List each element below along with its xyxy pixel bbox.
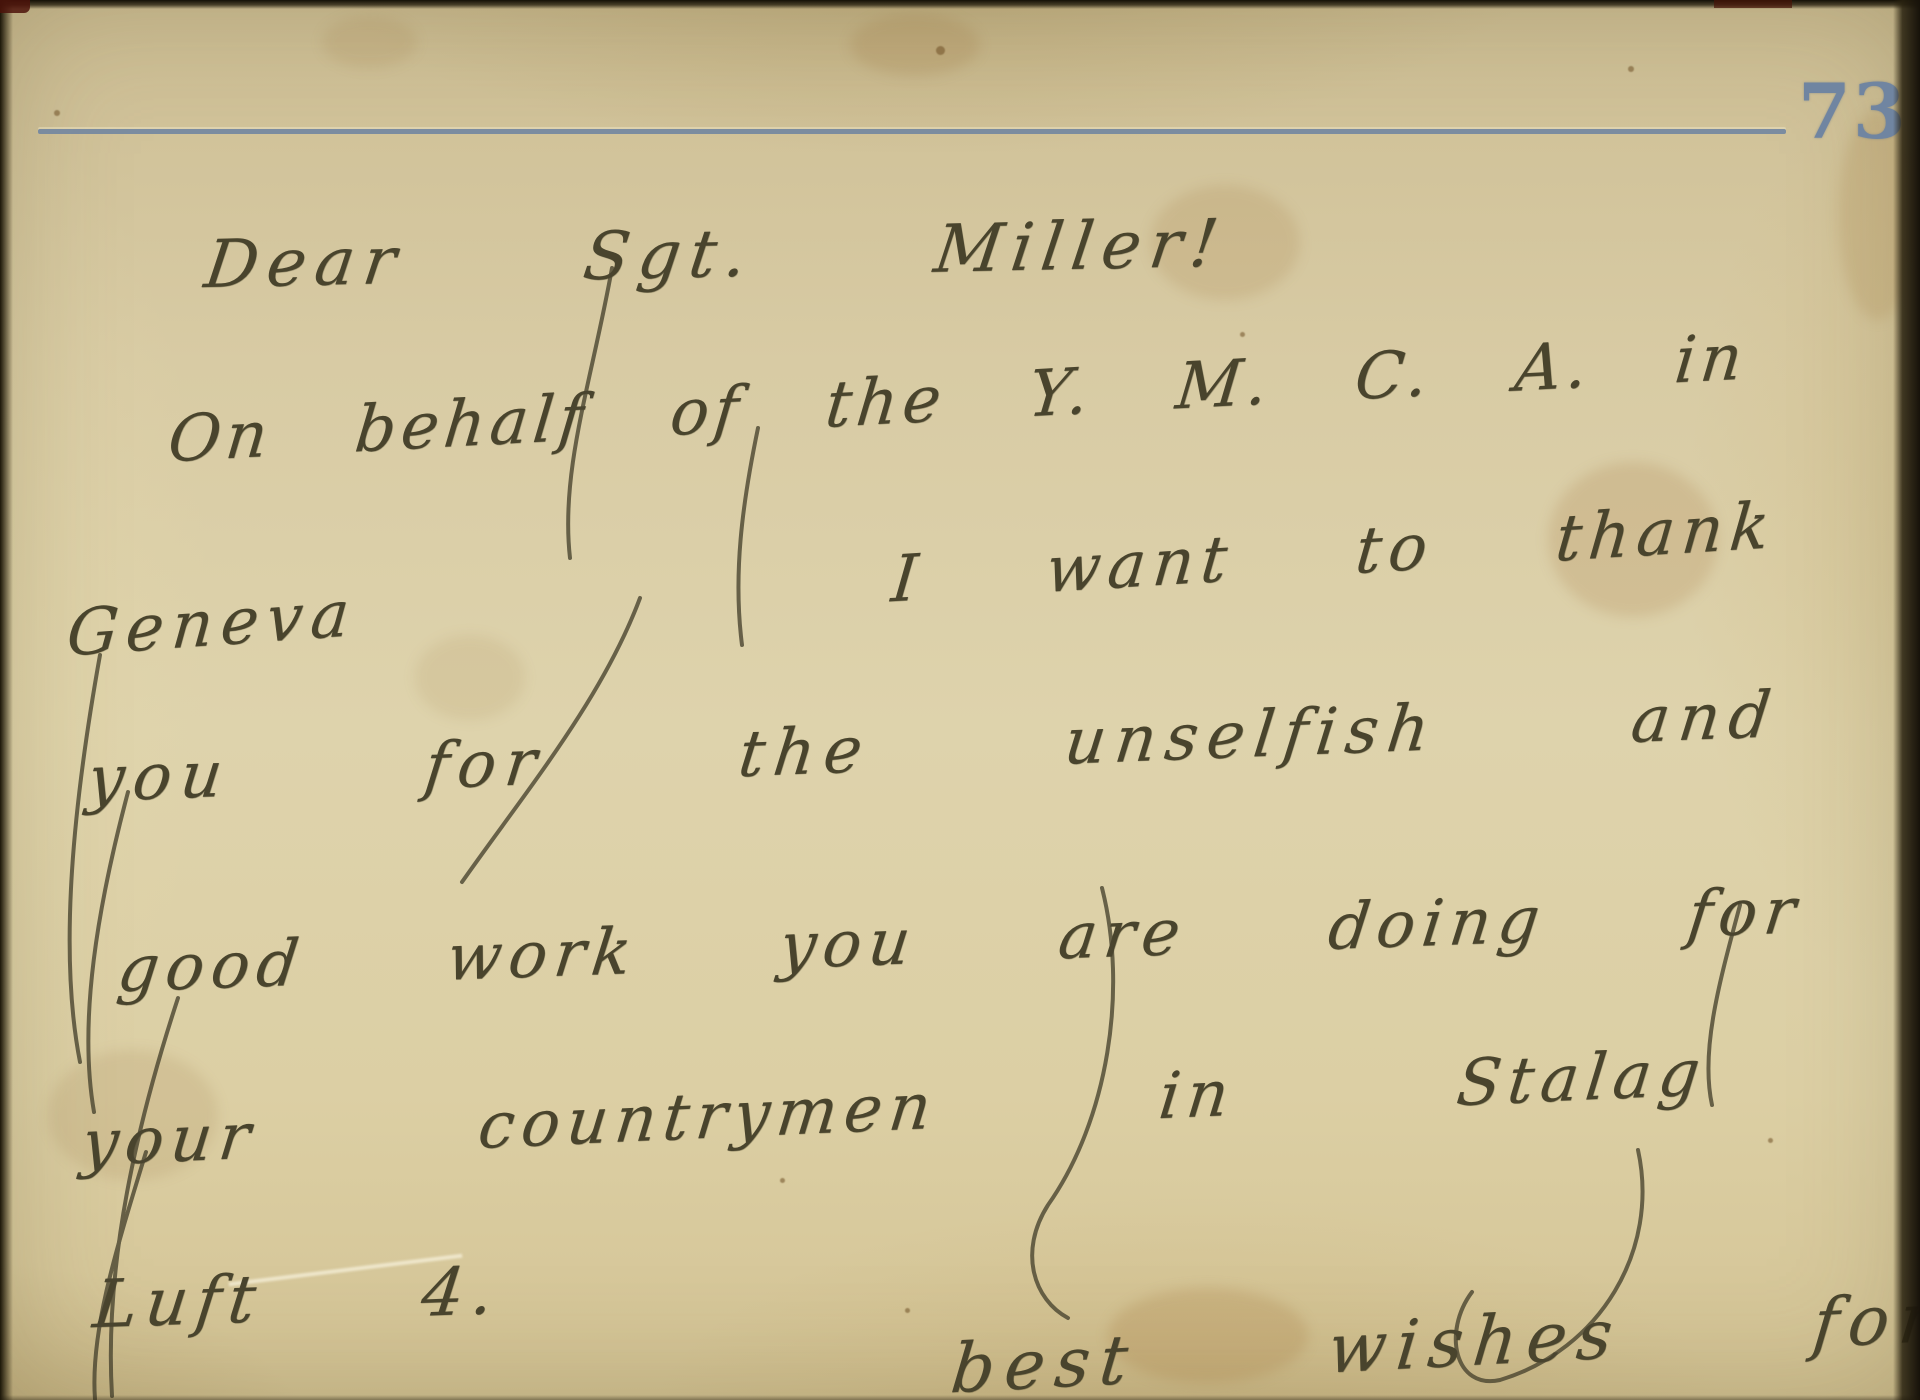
handwriting-line: Luft 4. <box>90 1258 505 1339</box>
scanned-letter-page: 73 Dear Sgt. Miller! On behalf of the Y.… <box>0 0 1920 1400</box>
handwriting-line: Geneva <box>64 582 359 667</box>
header-rule-line <box>38 129 1786 134</box>
page-number: 73 <box>1798 74 1908 150</box>
